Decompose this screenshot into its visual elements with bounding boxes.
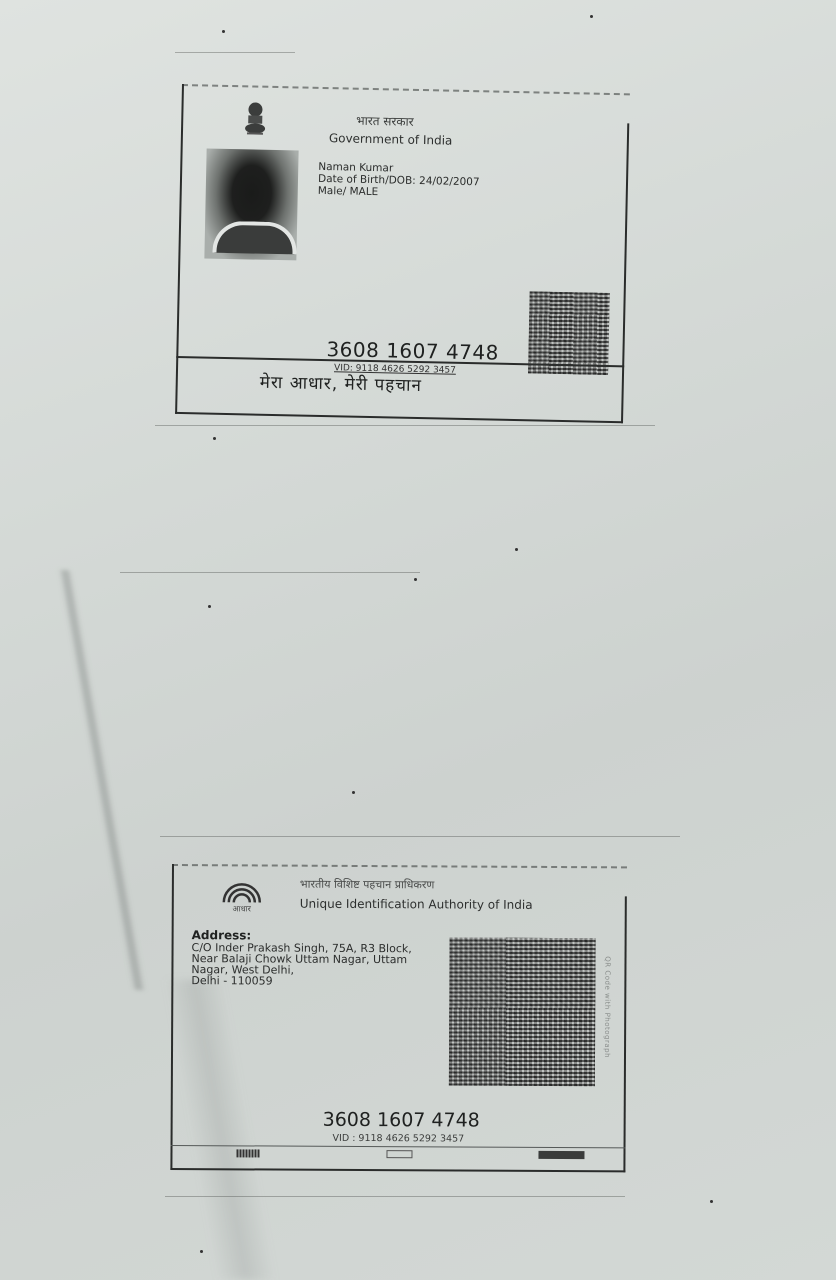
dust-speck	[200, 1250, 203, 1253]
scan-artifact	[175, 52, 295, 53]
dust-speck	[515, 548, 518, 551]
card-border	[623, 896, 626, 1172]
card-border	[170, 864, 174, 1170]
header-english: Unique Identification Authority of India	[300, 897, 533, 912]
address-block: C/O Inder Prakash Singh, 75A, R3 Block, …	[191, 942, 441, 987]
card-border	[175, 84, 184, 414]
card-cut-line	[172, 864, 627, 868]
dust-speck	[213, 437, 216, 440]
card-separator	[171, 1145, 626, 1148]
footer-email-icon	[386, 1150, 412, 1158]
vid-number: VID : 9118 4626 5292 3457	[333, 1133, 465, 1145]
header-english: Government of India	[329, 131, 453, 148]
address-line: Delhi - 110059	[191, 975, 441, 987]
scan-artifact	[120, 572, 420, 573]
holder-details: Naman Kumar Date of Birth/DOB: 24/02/200…	[318, 161, 480, 200]
dust-speck	[414, 578, 417, 581]
dust-speck	[208, 605, 211, 608]
qr-code	[528, 291, 610, 375]
dust-speck	[222, 30, 225, 33]
photo-shirt	[212, 221, 297, 255]
holder-photo	[204, 149, 298, 261]
aadhaar-back-card: आधार भारतीय विशिष्ट पहचान प्राधिकरण Uniq…	[170, 864, 627, 1172]
scan-artifact	[165, 1196, 625, 1197]
qr-code-with-photo	[449, 937, 596, 1086]
scan-artifact	[155, 425, 655, 426]
national-emblem-icon	[243, 101, 268, 137]
dust-speck	[590, 15, 593, 18]
scan-artifact	[160, 836, 680, 837]
qr-caption: QR Code with Photograph	[603, 956, 612, 1058]
card-border	[621, 123, 629, 423]
dust-speck	[710, 1200, 713, 1203]
dust-speck	[352, 791, 355, 794]
svg-text:आधार: आधार	[233, 904, 252, 912]
card-motto: मेरा आधार, मेरी पहचान	[260, 370, 423, 396]
footer-logo-icon	[236, 1149, 260, 1157]
card-border	[175, 412, 623, 423]
scan-streak	[58, 570, 146, 990]
aadhaar-fingerprint-logo-icon: आधार	[220, 878, 264, 912]
card-cut-line	[182, 84, 630, 95]
aadhaar-number: 3608 1607 4748	[323, 1109, 480, 1132]
footer-website-icon	[538, 1151, 584, 1159]
aadhaar-front-card: भारत सरकार Government of India Naman Kum…	[175, 84, 630, 423]
header-hindi: भारत सरकार	[356, 112, 414, 130]
header-hindi: भारतीय विशिष्ट पहचान प्राधिकरण	[300, 877, 435, 893]
